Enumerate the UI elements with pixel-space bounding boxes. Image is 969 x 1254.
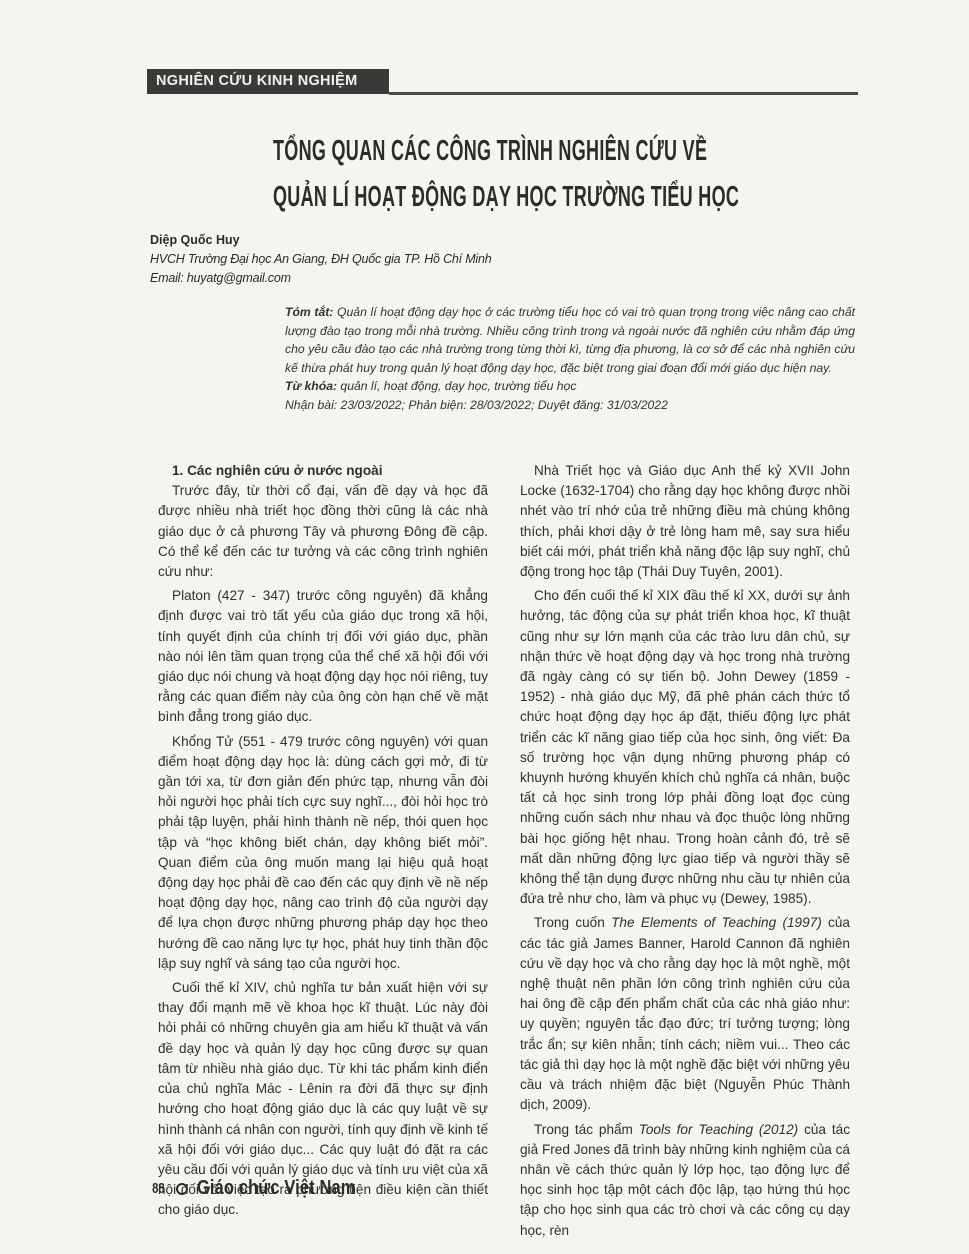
paragraph: Trong cuốn The Elements of Teaching (199… xyxy=(520,913,850,1115)
keywords-label: Từ khóa: xyxy=(285,379,337,393)
paragraph: Platon (427 - 347) trước công nguyên) đã… xyxy=(158,586,488,727)
book-title: The Elements of Teaching (1997) xyxy=(611,915,822,930)
author-block: Diệp Quốc Huy HVCH Trường Đại học An Gia… xyxy=(150,231,491,288)
text-run: Trong cuốn xyxy=(534,915,611,930)
section-heading: 1. Các nghiên cứu ở nước ngoài xyxy=(158,461,488,481)
text-run: của các tác giả James Banner, Harold Can… xyxy=(520,915,850,1112)
author-name: Diệp Quốc Huy xyxy=(150,231,491,250)
author-email: Email: huyatg@gmail.com xyxy=(150,269,491,288)
abstract-keywords: Từ khóa: quản lí, hoạt động, dạy học, tr… xyxy=(285,377,855,396)
abstract-dates: Nhận bài: 23/03/2022; Phản biện: 28/03/2… xyxy=(285,396,855,415)
title-line-2: QUẢN LÍ HOẠT ĐỘNG DẠY HỌC TRƯỜNG TIỂU HỌ… xyxy=(273,174,707,220)
paragraph: Trước đây, từ thời cổ đại, vấn đề dạy và… xyxy=(158,481,488,582)
paragraph: Nhà Triết học và Giáo dục Anh thế kỷ XVI… xyxy=(520,461,850,582)
text-run: của tác giả Fred Jones đã trình bày nhữn… xyxy=(520,1122,850,1238)
paragraph: Trong tác phẩm Tools for Teaching (2012)… xyxy=(520,1120,850,1241)
paragraph: Cho đến cuối thế kỉ XIX đầu thế kỉ XX, d… xyxy=(520,586,850,909)
abstract-summary: Tóm tắt: Quản lí hoạt động dạy học ở các… xyxy=(285,303,855,377)
page-footer: 88 Giáo chức Việt Nam xyxy=(150,1177,390,1200)
journal-page: NGHIÊN CỨU KINH NGHIỆM TỔNG QUAN CÁC CÔN… xyxy=(0,0,969,1254)
header-rule xyxy=(389,92,858,95)
text-run: Trong tác phẩm xyxy=(534,1122,639,1137)
article-title: TỔNG QUAN CÁC CÔNG TRÌNH NGHIÊN CỨU VỀ Q… xyxy=(273,128,707,220)
left-column: 1. Các nghiên cứu ở nước ngoài Trước đây… xyxy=(158,461,488,1225)
title-line-1: TỔNG QUAN CÁC CÔNG TRÌNH NGHIÊN CỨU VỀ xyxy=(273,128,707,174)
summary-text: Quản lí hoạt động dạy học ở các trường t… xyxy=(285,305,855,375)
summary-label: Tóm tắt: xyxy=(285,305,333,319)
flower-icon xyxy=(176,1183,188,1195)
author-affiliation: HVCH Trường Đại học An Giang, ĐH Quốc gi… xyxy=(150,250,491,269)
right-column: Nhà Triết học và Giáo dục Anh thế kỷ XVI… xyxy=(520,461,850,1245)
page-number: 88 xyxy=(152,1180,165,1197)
paragraph: Khổng Tử (551 - 479 trước công nguyên) v… xyxy=(158,732,488,974)
section-tag: NGHIÊN CỨU KINH NGHIỆM xyxy=(147,69,389,94)
keywords-text: quản lí, hoạt động, dạy học, trường tiểu… xyxy=(337,379,576,393)
abstract-block: Tóm tắt: Quản lí hoạt động dạy học ở các… xyxy=(285,303,855,414)
magazine-name: Giáo chức Việt Nam xyxy=(197,1177,356,1200)
book-title: Tools for Teaching (2012) xyxy=(639,1122,798,1137)
